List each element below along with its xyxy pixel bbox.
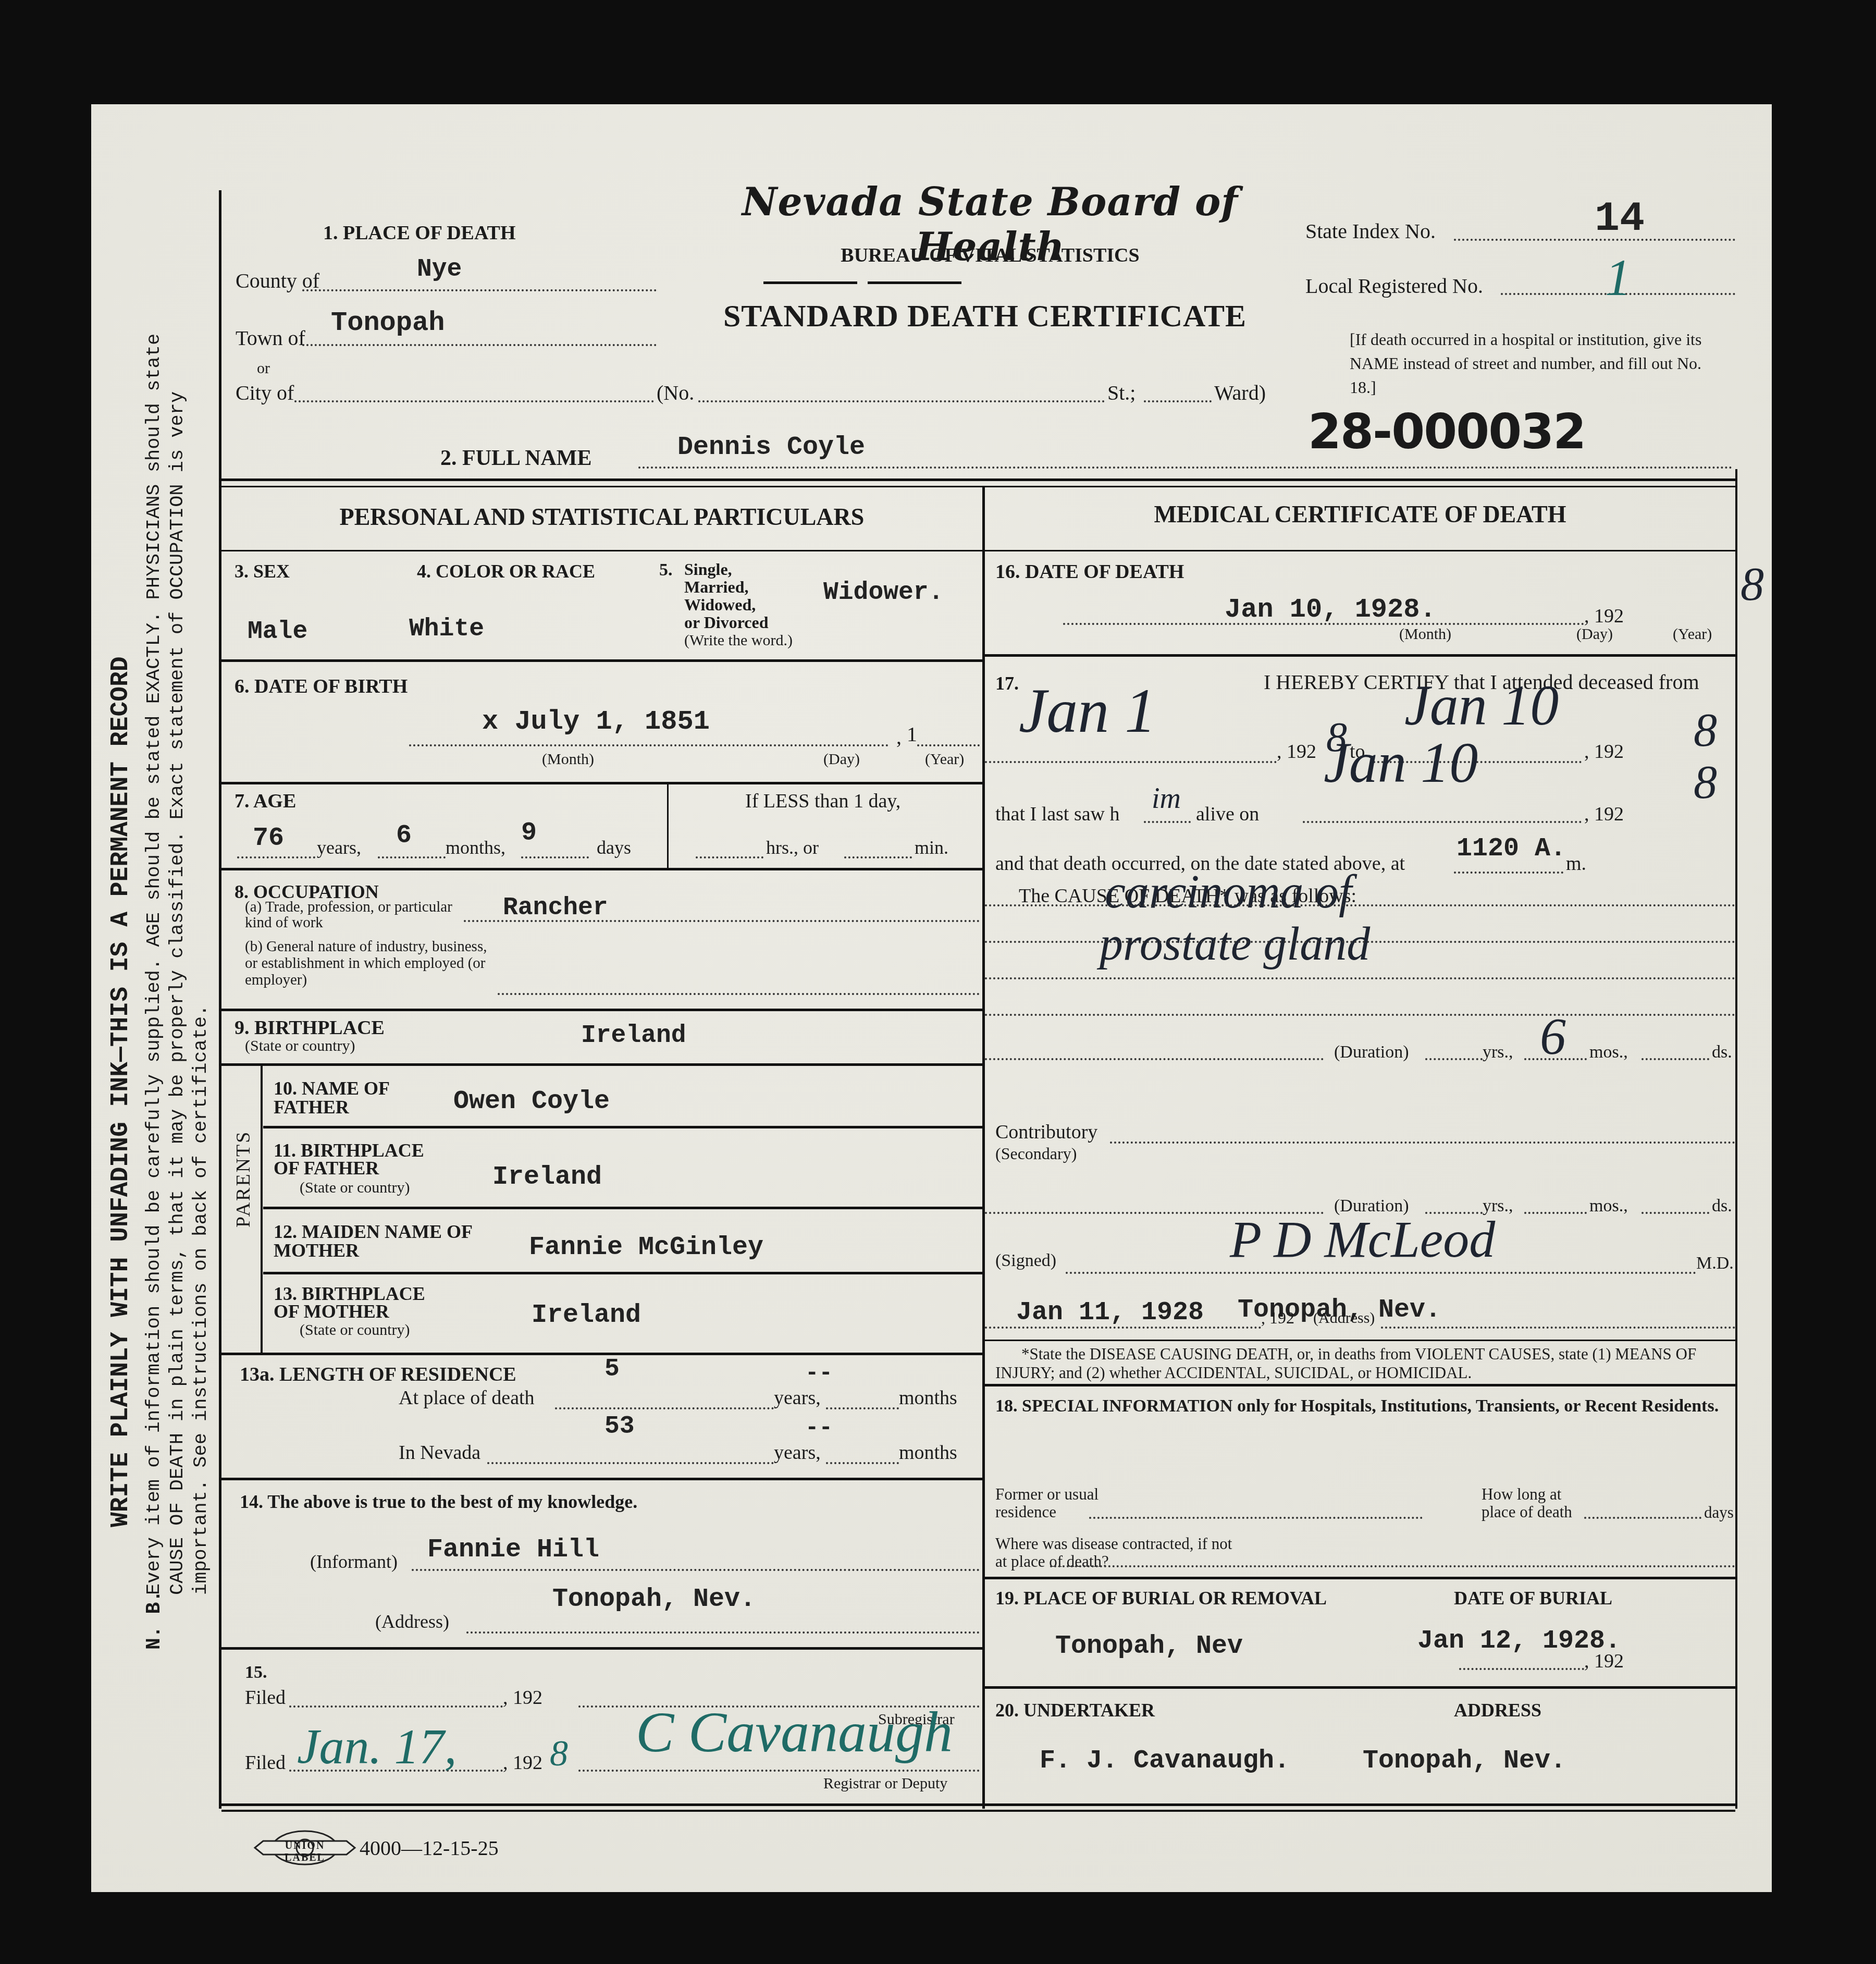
dob-month-hint: (Month): [542, 751, 594, 768]
min-label: min.: [915, 837, 948, 858]
last-saw-year-suffix[interactable]: 8: [1694, 756, 1717, 809]
cause-line-3-dots: [985, 977, 1735, 979]
age-days-label: days: [597, 837, 631, 858]
residence-nevada-line: [487, 1462, 774, 1464]
how-long-line: [1584, 1517, 1701, 1519]
undertaker-name-value[interactable]: F. J. Cavanaugh.: [1040, 1746, 1290, 1776]
age-days-line: [521, 856, 589, 858]
contributory-label: Contributory: [995, 1121, 1097, 1144]
full-name-value[interactable]: Dennis Coyle: [677, 433, 865, 462]
sex-value[interactable]: Male: [248, 618, 307, 646]
attended-to-year: , 192: [1584, 740, 1624, 763]
last-saw-line: [1303, 821, 1582, 823]
last-saw-pronoun[interactable]: im: [1152, 782, 1181, 815]
dod-label: 16. DATE OF DEATH: [995, 560, 1184, 583]
attended-to-year-suffix[interactable]: 8: [1694, 704, 1717, 757]
bureau-title: BUREAU OF VITAL STATISTICS: [730, 244, 1251, 267]
row-rule: [221, 1009, 982, 1011]
contracted-line: [1050, 1565, 1735, 1567]
address-value[interactable]: Tonopah, Nev.: [552, 1585, 756, 1614]
filed-year-prefix: , 192: [503, 1686, 542, 1709]
cause-line-1[interactable]: carcinoma of: [1105, 865, 1352, 919]
county-field-line: [302, 289, 657, 291]
former-residence-line: [1089, 1517, 1423, 1519]
age-divider: [667, 784, 669, 868]
race-label: 4. COLOR OR RACE: [417, 560, 595, 582]
hrs-line: [696, 856, 763, 858]
attended-from-year: , 192: [1277, 740, 1316, 763]
ward-label: Ward): [1214, 380, 1266, 405]
dob-day-hint: (Day): [823, 751, 860, 768]
filed-heading: 15.: [245, 1663, 267, 1683]
signed-address-line: [1381, 1327, 1735, 1329]
row-rule: [221, 1647, 982, 1650]
marital-num: 5.: [659, 560, 673, 580]
mother-name-value[interactable]: Fannie McGinley: [529, 1233, 763, 1262]
cause-line-4-dots: [985, 1014, 1735, 1016]
grid-top-rule-2: [221, 486, 1735, 487]
parents-divider: [261, 1066, 263, 1353]
residence-place-line: [555, 1407, 774, 1409]
occupation-a-line: [464, 920, 980, 922]
sex-label: 3. SEX: [234, 560, 290, 582]
print-code: 4000—12-15-25: [360, 1836, 499, 1860]
residence-nevada-years[interactable]: 53: [604, 1413, 635, 1441]
row-rule: [263, 1207, 982, 1209]
hrs-label: hrs., or: [766, 837, 819, 858]
form-title: STANDARD DEATH CERTIFICATE: [683, 298, 1287, 334]
attended-from-value[interactable]: Jan 1: [1019, 675, 1156, 747]
birthplace-hint: (State or country): [245, 1037, 355, 1055]
burial-place-value[interactable]: Tonopah, Nev: [1055, 1631, 1243, 1661]
parents-label: PARENTS: [232, 1131, 255, 1227]
cause-line-2-dots: [985, 941, 1735, 943]
duration2-mos-line: [1524, 1212, 1587, 1214]
registrar-label: Registrar or Deputy: [823, 1775, 947, 1793]
column-divider: [982, 487, 985, 1809]
burial-label: 19. PLACE OF BURIAL OR REMOVAL: [995, 1587, 1327, 1609]
registrar-signature[interactable]: C Cavanaugh: [636, 1699, 953, 1765]
marital-hint: (Write the word.): [684, 632, 793, 649]
mother-birthplace-hint: (State or country): [300, 1321, 410, 1339]
dob-label: 6. DATE OF BIRTH: [234, 675, 408, 698]
signed-date-line: [985, 1327, 1261, 1329]
residence-nevada-months-label: months: [899, 1441, 957, 1464]
less-than-day-label: If LESS than 1 day,: [745, 790, 900, 813]
age-months-value[interactable]: 6: [396, 821, 412, 851]
marital-label: Single, Married, Widowed, or Divorced: [684, 560, 768, 631]
father-birthplace-hint: (State or country): [300, 1179, 410, 1197]
row-rule: [221, 1478, 982, 1480]
row-rule: [221, 868, 982, 870]
signed-date-value[interactable]: Jan 11, 1928: [1016, 1298, 1204, 1328]
duration-yrs-label: yrs.,: [1483, 1042, 1513, 1062]
duration2-mos-label: mos.,: [1589, 1196, 1628, 1216]
personal-heading: PERSONAL AND STATISTICAL PARTICULARS: [224, 503, 980, 531]
row-rule: [985, 1686, 1735, 1689]
duration-label: (Duration): [1334, 1042, 1409, 1062]
alive-on-label: alive on: [1196, 803, 1259, 826]
m-label: m.: [1566, 852, 1586, 875]
father-birthplace-label: 11. BIRTHPLACE OF FATHER: [274, 1141, 446, 1177]
residence-nevada-months-line: [826, 1462, 899, 1464]
dod-value[interactable]: Jan 10, 1928.: [1225, 594, 1436, 625]
dod-line: [1063, 623, 1584, 625]
local-reg-label: Local Registered No.: [1305, 274, 1483, 298]
signed-label: (Signed): [995, 1251, 1056, 1271]
dod-year-suffix[interactable]: 8: [1741, 558, 1764, 611]
city-label: City of: [236, 380, 294, 405]
residence-months-label: months: [899, 1386, 957, 1409]
burial-date-label: DATE OF BURIAL: [1454, 1587, 1612, 1609]
title-divider: [868, 281, 961, 284]
father-birthplace-value[interactable]: Ireland: [492, 1162, 602, 1192]
residence-place-label: At place of death: [399, 1386, 535, 1409]
filed2-label: Filed: [245, 1751, 286, 1774]
hospital-note: [If death occurred in a hospital or inst…: [1350, 327, 1704, 399]
dob-value[interactable]: x July 1, 1851: [482, 706, 710, 737]
age-days-value[interactable]: 9: [521, 818, 537, 848]
certificate-number: 28-000032: [1308, 404, 1585, 460]
address-line: [466, 1631, 980, 1634]
dob-year-prefix: 1: [907, 722, 917, 746]
row-rule: [221, 782, 982, 784]
row-rule: [221, 659, 982, 662]
duration2-ds-label: ds.: [1712, 1196, 1732, 1216]
cause-footnote: *State the DISEASE CAUSING DEATH, or, in…: [995, 1345, 1735, 1382]
row-rule: [263, 1272, 982, 1274]
or-label: or: [257, 360, 270, 377]
father-name-value[interactable]: Owen Coyle: [453, 1087, 610, 1116]
age-months-line: [378, 856, 446, 858]
state-index-label: State Index No.: [1305, 219, 1436, 243]
bottom-rule-2: [221, 1810, 1735, 1812]
last-saw-pronoun-line: [1144, 821, 1191, 823]
street-st-label: St.;: [1107, 380, 1136, 405]
age-years-value[interactable]: 76: [253, 824, 284, 853]
duration-ds-line: [1641, 1058, 1709, 1060]
row-rule: [985, 1577, 1735, 1579]
how-long-label: How long at place of death: [1482, 1486, 1586, 1521]
birthplace-value[interactable]: Ireland: [581, 1022, 686, 1050]
residence-nevada-years-label: years,: [774, 1441, 821, 1464]
certify-num: 17.: [995, 672, 1019, 694]
filed-line: [289, 1705, 503, 1708]
duration-yrs-line: [1425, 1058, 1483, 1060]
signed-year-prefix: , 192: [1261, 1308, 1294, 1328]
filed2-year-suffix[interactable]: 8: [550, 1733, 568, 1775]
mother-birthplace-value[interactable]: Ireland: [532, 1300, 641, 1330]
town-field-line: [302, 344, 657, 346]
ward-field-line: [1144, 400, 1212, 402]
death-time-line: [1454, 871, 1563, 874]
residence-nevada-months[interactable]: --: [805, 1415, 833, 1441]
address-label: (Address): [375, 1611, 449, 1632]
duration-ds-label: ds.: [1712, 1042, 1732, 1062]
death-time-value[interactable]: 1120 A.: [1457, 834, 1566, 864]
row-rule: [221, 1063, 982, 1066]
right-border: [1735, 469, 1737, 1809]
duration-mos-label: mos.,: [1589, 1042, 1628, 1062]
informant-heading: 14. The above is true to the best of my …: [240, 1491, 637, 1513]
dod-month-hint: (Month): [1399, 625, 1451, 643]
father-name-label: 10. NAME OF FATHER: [274, 1079, 451, 1116]
how-long-days-label: days: [1704, 1503, 1734, 1522]
dob-comma: ,: [896, 725, 902, 749]
attended-from-line: [985, 761, 1277, 763]
bottom-rule: [221, 1803, 1735, 1806]
full-name-line: [638, 467, 1733, 469]
race-value[interactable]: White: [409, 615, 484, 643]
signed-address-label: (Address): [1313, 1309, 1375, 1327]
side-instruction-2: CAUSE OF DEATH in plain terms, that it m…: [167, 391, 189, 1595]
filed2-year-prefix: , 192: [503, 1751, 542, 1774]
side-nb-label: N. B.: [143, 1590, 166, 1650]
cause-line-2[interactable]: prostate gland: [1100, 917, 1370, 971]
birthplace-label: 9. BIRTHPLACE: [234, 1016, 385, 1039]
min-line: [844, 856, 912, 858]
dob-year-hint: (Year): [925, 751, 964, 768]
town-label: Town of: [236, 326, 305, 350]
residence-years-label: years,: [774, 1386, 821, 1409]
physician-signature[interactable]: P D McLeod: [1230, 1209, 1495, 1269]
attended-to-value[interactable]: Jan 10: [1404, 672, 1559, 739]
contributory-line: [1110, 1141, 1735, 1144]
city-field-line: [294, 400, 654, 402]
filed2-value[interactable]: Jan. 17,: [297, 1717, 457, 1775]
last-saw-date[interactable]: Jan 10: [1324, 730, 1478, 796]
undertaker-label: 20. UNDERTAKER: [995, 1699, 1155, 1721]
mother-birthplace-label: 13. BIRTHPLACE OF MOTHER: [274, 1285, 446, 1320]
burial-year-prefix: , 192: [1584, 1650, 1624, 1673]
side-warning-text: WRITE PLAINLY WITH UNFADING INK—THIS IS …: [107, 656, 135, 1527]
duration-mos-line: [1524, 1058, 1587, 1060]
union-label-text: UNION LABEL: [263, 1840, 347, 1864]
secondary-label: (Secondary): [995, 1144, 1077, 1163]
street-field-line: [698, 400, 1105, 402]
residence-place-years[interactable]: 5: [604, 1355, 620, 1383]
undertaker-address-label: ADDRESS: [1454, 1699, 1541, 1721]
filed-label: Filed: [245, 1686, 286, 1709]
age-months-label: months,: [446, 837, 505, 858]
row-rule: [221, 550, 982, 551]
occupation-a-value[interactable]: Rancher: [503, 894, 608, 922]
row-rule: [263, 1126, 982, 1128]
title-divider: [763, 281, 857, 284]
occupation-b-label: (b) General nature of industry, business…: [245, 938, 495, 988]
occupation-b-line: [498, 993, 980, 995]
cause-line-1-dots: [985, 904, 1735, 906]
dod-year-prefix: , 192: [1584, 605, 1624, 628]
residence-place-months-line: [826, 1407, 899, 1409]
town-value[interactable]: Tonopah: [331, 308, 445, 338]
dod-day-hint: (Day): [1576, 625, 1613, 643]
residence-label: 13a. LENGTH OF RESIDENCE: [240, 1363, 516, 1386]
row-rule: [985, 1340, 1735, 1341]
residence-place-months[interactable]: --: [805, 1360, 833, 1386]
duration-mos-value[interactable]: 6: [1540, 1006, 1566, 1066]
side-instruction-1: Every item of information should be care…: [143, 334, 165, 1595]
grid-top-rule: [221, 478, 1735, 481]
signed-line: [1066, 1272, 1696, 1274]
place-of-death-heading: 1. PLACE OF DEATH: [323, 222, 515, 244]
occupation-a-label: (a) Trade, profession, or particular kin…: [245, 899, 464, 930]
former-residence-label: Former or usual residence: [995, 1486, 1100, 1521]
marital-value[interactable]: Widower.: [823, 579, 943, 607]
left-border: [219, 190, 221, 1809]
informant-line: [412, 1569, 980, 1571]
mother-name-label: 12. MAIDEN NAME OF MOTHER: [274, 1222, 482, 1260]
undertaker-address-value[interactable]: Tonopah, Nev.: [1363, 1746, 1566, 1776]
informant-value[interactable]: Fannie Hill: [427, 1535, 599, 1565]
burial-date-line: [1459, 1668, 1584, 1670]
duration-line-a: [985, 1058, 1324, 1060]
dob-year-line: [917, 744, 980, 746]
row-rule: [985, 654, 1735, 657]
county-value[interactable]: Nye: [417, 255, 462, 284]
dod-year-hint: (Year): [1673, 625, 1712, 643]
state-index-value[interactable]: 14: [1595, 195, 1645, 243]
row-rule: [985, 1384, 1735, 1386]
md-label: M.D.: [1696, 1254, 1734, 1273]
residence-nevada-label: In Nevada: [399, 1441, 480, 1464]
full-name-label: 2. FULL NAME: [440, 446, 592, 471]
age-years-label: years,: [317, 837, 361, 858]
age-years-line: [237, 856, 315, 858]
dob-line: [409, 744, 888, 746]
row-rule: [985, 550, 1735, 551]
last-saw-prefix: that I last saw h: [995, 803, 1120, 826]
local-reg-value[interactable]: 1: [1605, 248, 1631, 308]
side-instruction-3: important. See instructions on back of c…: [190, 1005, 212, 1595]
duration2-ds-line: [1641, 1212, 1709, 1214]
last-saw-year: , 192: [1584, 803, 1624, 826]
informant-label: (Informant): [310, 1551, 398, 1573]
registrar-line: [578, 1770, 980, 1772]
special-info-heading: 18. SPECIAL INFORMATION only for Hospita…: [995, 1397, 1735, 1416]
age-label: 7. AGE: [234, 790, 296, 813]
row-rule: [221, 1353, 982, 1355]
street-no-label: (No.: [657, 380, 694, 405]
medical-heading: MEDICAL CERTIFICATE OF DEATH: [985, 500, 1735, 528]
